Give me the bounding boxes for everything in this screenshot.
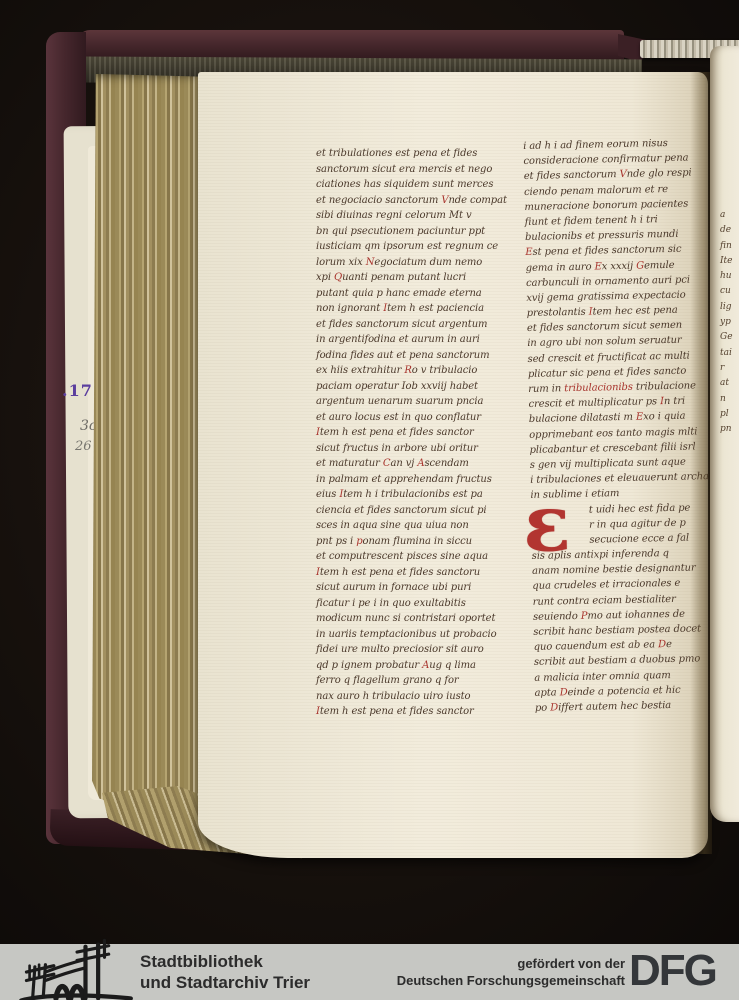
manuscript-text-line: Item h est pena et fides sanctor [316, 704, 516, 720]
manuscript-text-line: argentum uenarum suarum pncia [316, 394, 516, 410]
manuscript-text-line: Item h est pena et fides sanctoru [316, 565, 516, 581]
manuscript-text-line: ciationes has siquidem sunt merces [316, 177, 516, 193]
text-fragment: pl [720, 407, 733, 422]
manuscript-text-line: sces in aqua sine qua uiua non [316, 518, 516, 534]
manuscript-text-line: et negociacio sanctorum Vnde compat [316, 193, 516, 209]
manuscript-text-line: et maturatur Can vj Ascendam [316, 456, 516, 472]
funding-credit: gefördert von der Deutschen Forschungsge… [397, 955, 625, 989]
facing-page-text-fragments: adefinItehuculigypGetairatnplpn [720, 208, 733, 437]
gutter-shadow [690, 72, 712, 854]
manuscript-text-line: fodina fides aut et pena sanctorum [316, 348, 516, 364]
manuscript-text-line: pnt ps i ponam flumina in siccu [316, 534, 516, 550]
manuscript-text-line: sicut fructus in arbore ubi oritur [316, 441, 516, 457]
manuscript-text-line: et fides sanctorum sicut argentum [316, 317, 516, 333]
manuscript-text-line: ferro q flagellum grano q for [316, 673, 516, 689]
text-fragment: hu [720, 269, 733, 284]
library-name-line2: und Stadtarchiv Trier [140, 972, 310, 993]
library-name-line1: Stadtbibliothek [140, 951, 310, 972]
manuscript-text-line: bn qui psecutionem paciuntur ppt [316, 224, 516, 240]
footer-bar: Stadtbibliothek und Stadtarchiv Trier ge… [0, 944, 739, 1000]
manuscript-text-line: sicut aurum in fornace ubi puri [316, 580, 516, 596]
manuscript-text-line: non ignorant Item h est paciencia [316, 301, 516, 317]
manuscript-text-line: Item h est pena et fides sanctor [316, 425, 516, 441]
manuscript-text-line: modicum nunc si contristari oportet [316, 611, 516, 627]
manuscript-text-line: fidei ure multo preciosior sit auro [316, 642, 516, 658]
funding-line2: Deutschen Forschungsgemeinschaft [397, 972, 625, 989]
manuscript-text-line: xpi Quanti penam putant lucri [316, 270, 516, 286]
text-fragment: Ge [720, 330, 733, 345]
text-fragment: n [720, 392, 733, 407]
manuscript-text-line: iusticiam qm ipsorum est regnum ce [316, 239, 516, 255]
manuscript-text-line: in uariis temptacionibus ut probacio [316, 627, 516, 643]
shelfmark-label: .17. [62, 383, 99, 399]
text-fragment: tai [720, 346, 733, 361]
manuscript-text-line: ex hiis extrahitur Ro v tribulacio [316, 363, 516, 379]
manuscript-text-line: et tribulationes est pena et fides [316, 146, 516, 162]
text-fragment: at [720, 376, 733, 391]
text-fragment: a [720, 208, 733, 223]
text-fragment: r [720, 361, 733, 376]
text-fragment: lig [720, 300, 733, 315]
manuscript-text-line: ciencia et fides sanctorum sicut pi [316, 503, 516, 519]
manuscript-text-line: paciam operatur Iob xxviij habet [316, 379, 516, 395]
text-fragment: yp [720, 315, 733, 330]
facing-page-sliver: adefinItehuculigypGetairatnplpn [710, 46, 739, 822]
library-name: Stadtbibliothek und Stadtarchiv Trier [140, 951, 310, 993]
text-fragment: pn [720, 422, 733, 437]
manuscript-text-line: sanctorum sicut era mercis et nego [316, 162, 516, 178]
manuscript-text-line: putant quia p hanc emade eterna [316, 286, 516, 302]
pencil-annotation: 26 [75, 440, 92, 453]
manuscript-text-line: et auro locus est in quo conflatur [316, 410, 516, 426]
photo-background: .17. 3c 26 et tribulationes est pena et … [0, 0, 739, 944]
text-fragment: Ite [720, 254, 733, 269]
manuscript-text-line: in argentifodina et aurum in auri [316, 332, 516, 348]
manuscript-text-line: qd p ignem probatur Aug q lima [316, 658, 516, 674]
dfg-logo: DFG [629, 945, 737, 997]
manuscript-text-line: sibi diuinas regni celorum Mt v [316, 208, 516, 224]
text-fragment: cu [720, 284, 733, 299]
text-fragment: fin [720, 239, 733, 254]
stadtbibliothek-trier-logo [18, 934, 134, 1000]
manuscript-text-line: ficatur i pe i in quo exultabitis [316, 596, 516, 612]
manuscript-text-line: in palmam et apprehendam fructus [316, 472, 516, 488]
manuscript-left-column: et tribulationes est pena et fidessancto… [316, 146, 516, 720]
funding-line1: gefördert von der [397, 955, 625, 972]
illuminated-initial: ε [522, 491, 571, 558]
text-fragment: de [720, 223, 733, 238]
manuscript-text-line: et computrescent pisces sine aqua [316, 549, 516, 565]
manuscript-text-line: eius Item h i tribulacionibs est pa [316, 487, 516, 503]
manuscript-text-line: nax auro h tribulacio uiro iusto [316, 689, 516, 705]
manuscript-text-line: lorum xix Negociatum dum nemo [316, 255, 516, 271]
